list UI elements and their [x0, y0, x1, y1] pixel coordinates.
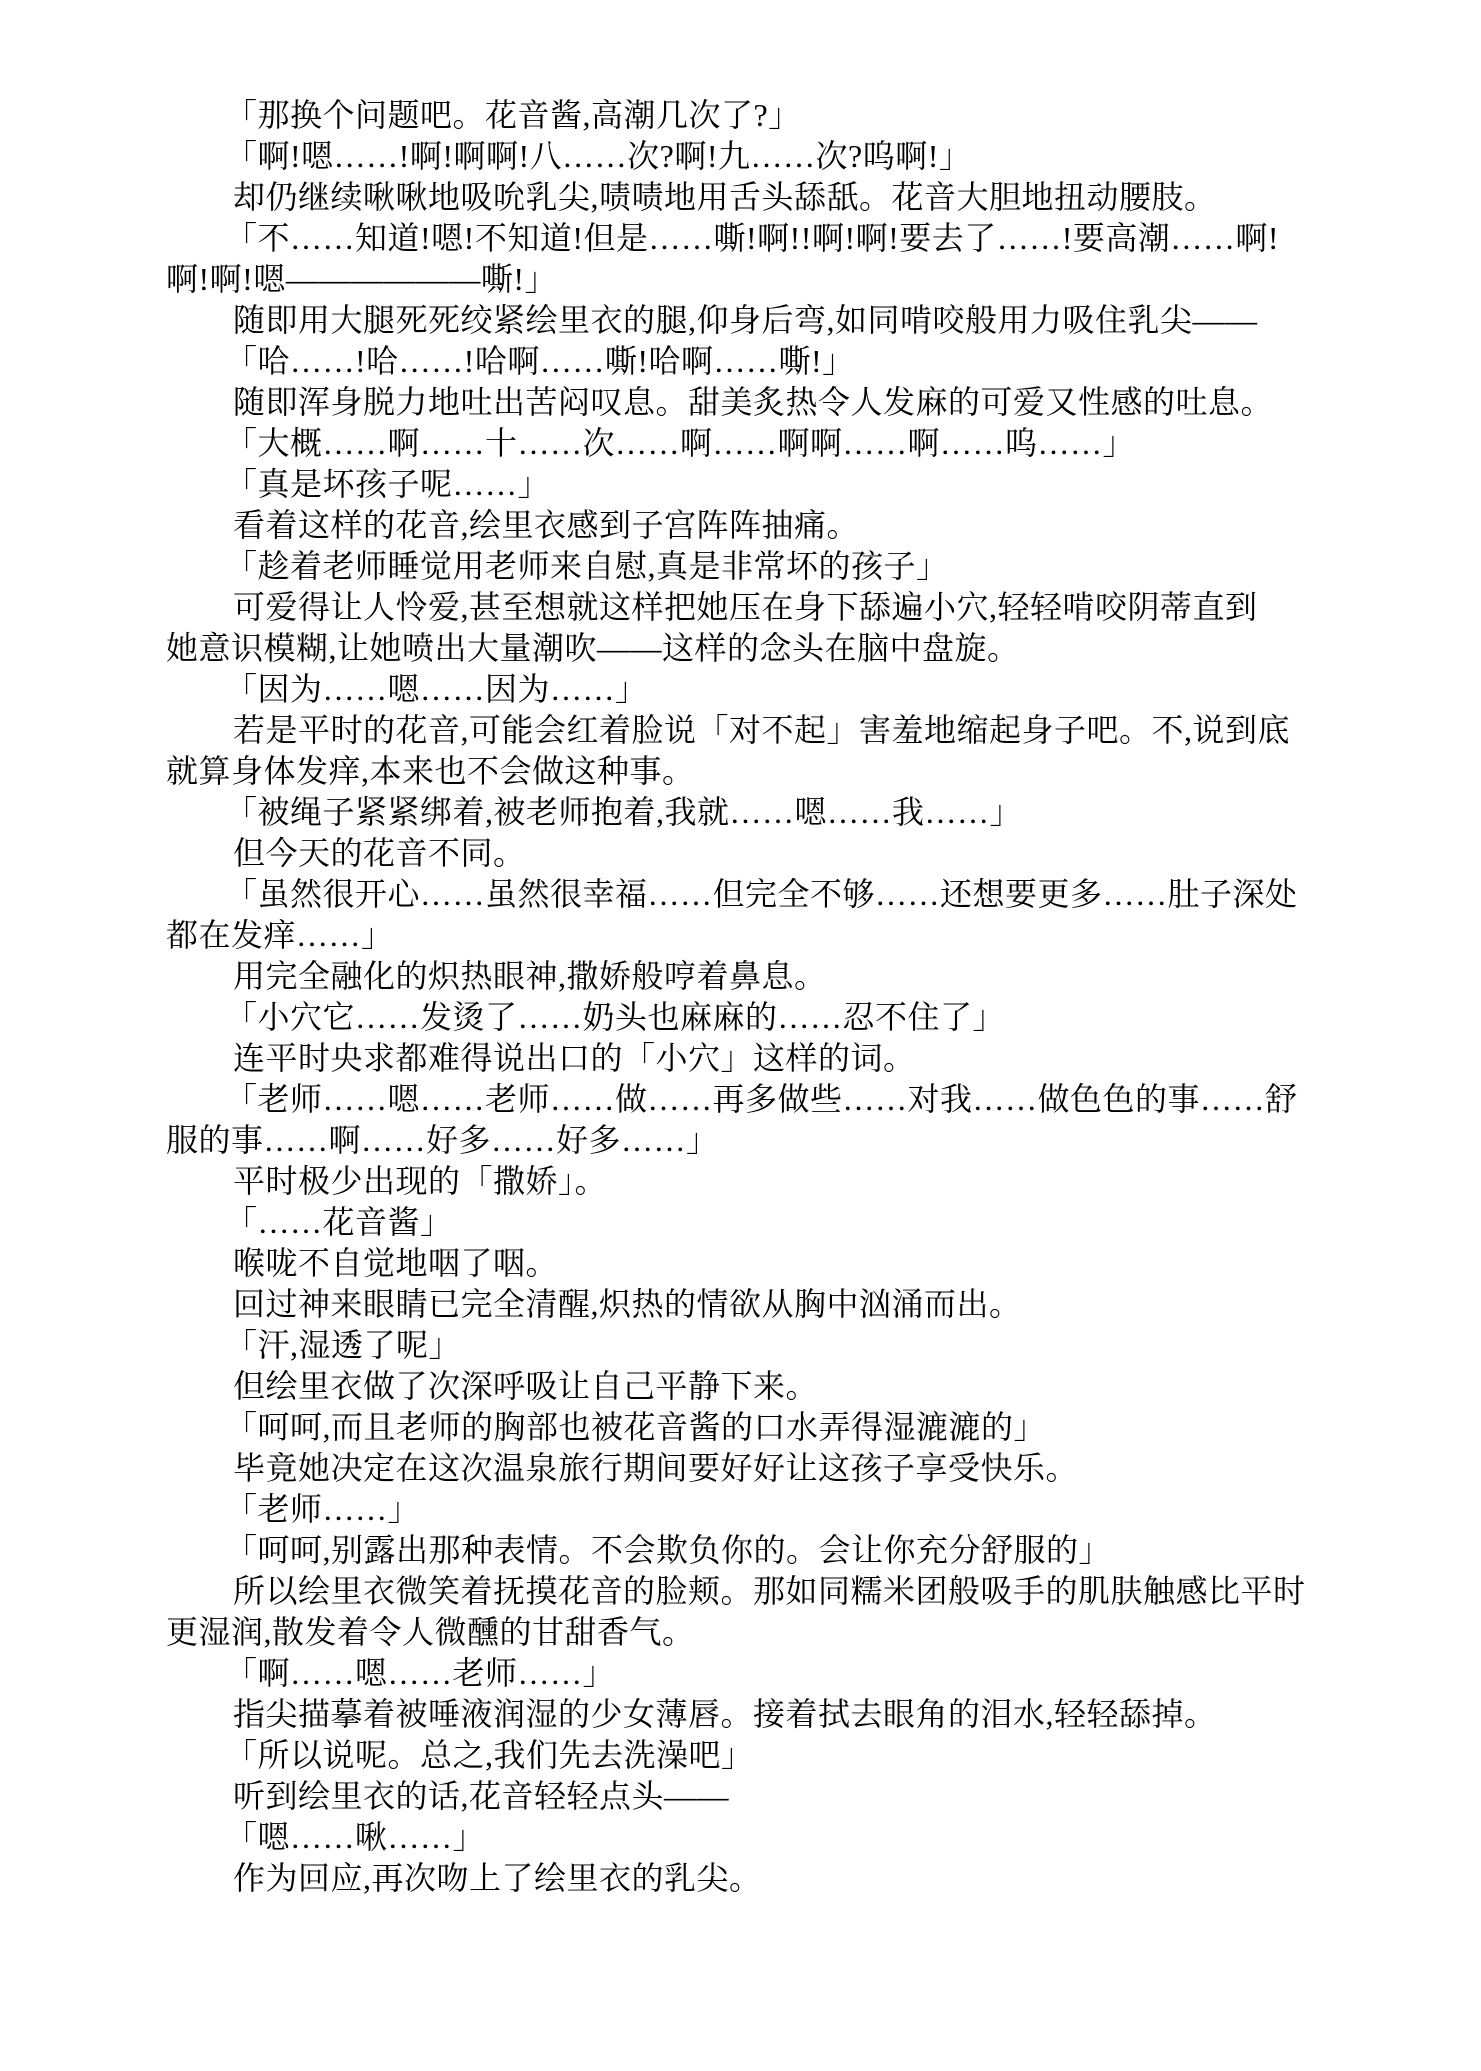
text-line: 可爱得让人怜爱,甚至想就这样把她压在身下舔遍小穴,轻轻啃咬阴蒂直到 — [166, 587, 1361, 628]
text-line: 「哈……!哈……!哈啊……嘶!哈啊……嘶!」 — [166, 341, 1361, 382]
text-line: 指尖描摹着被唾液润湿的少女薄唇。接着拭去眼角的泪水,轻轻舔掉。 — [166, 1694, 1361, 1735]
text-line: 听到绘里衣的话,花音轻轻点头—— — [166, 1776, 1361, 1817]
text-line: 毕竟她决定在这次温泉旅行期间要好好让这孩子享受快乐。 — [166, 1448, 1361, 1489]
text-line: 「不……知道!嗯!不知道!但是……嘶!啊!!啊!啊!要去了……!要高潮……啊! — [166, 218, 1361, 259]
text-line: 「虽然很开心……虽然很幸福……但完全不够……还想要更多……肚子深处 — [166, 874, 1361, 915]
text-line: 作为回应,再次吻上了绘里衣的乳尖。 — [166, 1858, 1361, 1899]
text-line: 「啊!嗯……!啊!啊啊!八……次?啊!九……次?呜啊!」 — [166, 136, 1361, 177]
text-line: 「老师……」 — [166, 1489, 1361, 1530]
text-line: 随即用大腿死死绞紧绘里衣的腿,仰身后弯,如同啃咬般用力吸住乳尖—— — [166, 300, 1361, 341]
text-line: 更湿润,散发着令人微醺的甘甜香气。 — [166, 1612, 1361, 1653]
text-line: 连平时央求都难得说出口的「小穴」这样的词。 — [166, 1038, 1361, 1079]
text-line: 所以绘里衣微笑着抚摸花音的脸颊。那如同糯米团般吸手的肌肤触感比平时 — [166, 1571, 1361, 1612]
text-line: 「小穴它……发烫了……奶头也麻麻的……忍不住了」 — [166, 997, 1361, 1038]
text-line: 都在发痒……」 — [166, 915, 1361, 956]
text-line: 就算身体发痒,本来也不会做这种事。 — [166, 751, 1361, 792]
text-line: 若是平时的花音,可能会红着脸说「对不起」害羞地缩起身子吧。不,说到底 — [166, 710, 1361, 751]
text-line: 但绘里衣做了次深呼吸让自己平静下来。 — [166, 1366, 1361, 1407]
text-line: 「嗯……啾……」 — [166, 1817, 1361, 1858]
text-line: 「那换个问题吧。花音酱,高潮几次了?」 — [166, 95, 1361, 136]
text-line: 用完全融化的炽热眼神,撒娇般哼着鼻息。 — [166, 956, 1361, 997]
text-line: 回过神来眼睛已完全清醒,炽热的情欲从胸中汹涌而出。 — [166, 1284, 1361, 1325]
text-line: 却仍继续啾啾地吸吮乳尖,啧啧地用舌头舔舐。花音大胆地扭动腰肢。 — [166, 177, 1361, 218]
text-line: 她意识模糊,让她喷出大量潮吹——这样的念头在脑中盘旋。 — [166, 628, 1361, 669]
text-line: 「呵呵,别露出那种表情。不会欺负你的。会让你充分舒服的」 — [166, 1530, 1361, 1571]
text-line: 「……花音酱」 — [166, 1202, 1361, 1243]
text-line: 「趁着老师睡觉用老师来自慰,真是非常坏的孩子」 — [166, 546, 1361, 587]
text-line: 啊!啊!嗯——————嘶!」 — [166, 259, 1361, 300]
text-line: 「大概……啊……十……次……啊……啊啊……啊……呜……」 — [166, 423, 1361, 464]
text-line: 平时极少出现的「撒娇」。 — [166, 1161, 1361, 1202]
document-page: 「那换个问题吧。花音酱,高潮几次了?」「啊!嗯……!啊!啊啊!八……次?啊!九…… — [0, 0, 1481, 2071]
text-line: 喉咙不自觉地咽了咽。 — [166, 1243, 1361, 1284]
text-line: 「啊……嗯……老师……」 — [166, 1653, 1361, 1694]
text-line: 服的事……啊……好多……好多……」 — [166, 1120, 1361, 1161]
text-line: 「呵呵,而且老师的胸部也被花音酱的口水弄得湿漉漉的」 — [166, 1407, 1361, 1448]
text-line: 「汗,湿透了呢」 — [166, 1325, 1361, 1366]
text-line: 「因为……嗯……因为……」 — [166, 669, 1361, 710]
text-line: 看着这样的花音,绘里衣感到子宫阵阵抽痛。 — [166, 505, 1361, 546]
text-line: 「真是坏孩子呢……」 — [166, 464, 1361, 505]
text-line: 「被绳子紧紧绑着,被老师抱着,我就……嗯……我……」 — [166, 792, 1361, 833]
text-line: 但今天的花音不同。 — [166, 833, 1361, 874]
text-line: 随即浑身脱力地吐出苦闷叹息。甜美炙热令人发麻的可爱又性感的吐息。 — [166, 382, 1361, 423]
text-column: 「那换个问题吧。花音酱,高潮几次了?」「啊!嗯……!啊!啊啊!八……次?啊!九…… — [166, 95, 1361, 1899]
text-line: 「所以说呢。总之,我们先去洗澡吧」 — [166, 1735, 1361, 1776]
text-line: 「老师……嗯……老师……做……再多做些……对我……做色色的事……舒 — [166, 1079, 1361, 1120]
